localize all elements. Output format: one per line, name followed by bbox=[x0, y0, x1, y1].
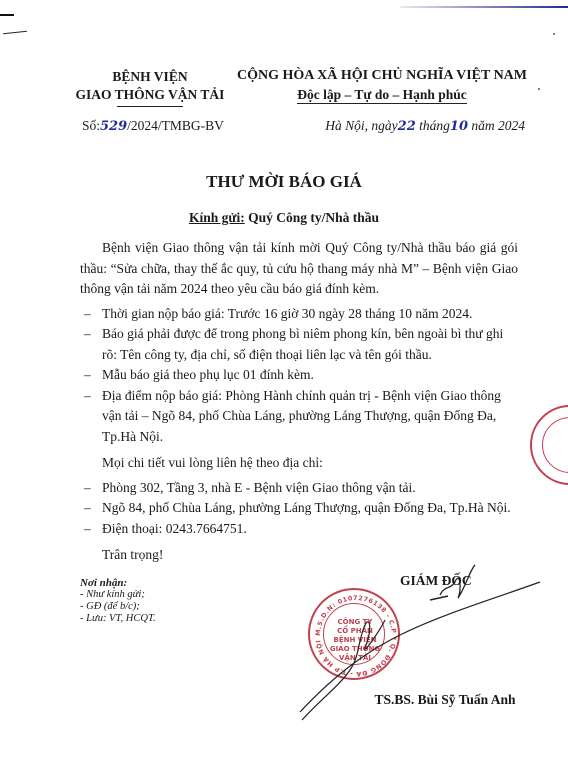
contact-intro: Mọi chi tiết vui lòng liên hệ theo địa c… bbox=[80, 453, 518, 474]
list-item: - Như kính gửi; bbox=[80, 589, 156, 601]
signature-icon bbox=[290, 560, 568, 750]
scan-dot bbox=[538, 88, 540, 90]
list-item: - GĐ (để b/c); bbox=[80, 601, 156, 613]
handwritten-month: 10 bbox=[450, 119, 468, 134]
list-item: - Lưu: VT, HCQT. bbox=[80, 613, 156, 625]
contacts-list: Phòng 302, Tầng 3, nhà E - Bệnh viện Gia… bbox=[80, 478, 518, 540]
list-item: Ngõ 84, phố Chùa Láng, phường Láng Thượn… bbox=[80, 498, 518, 519]
recipient-value: Quý Công ty/Nhà thầu bbox=[248, 210, 379, 225]
list-item: Điện thoại: 0243.7664751. bbox=[80, 519, 518, 540]
list-item: Thời gian nộp báo giá: Trước 16 giờ 30 n… bbox=[80, 304, 518, 325]
recipient-label: Kính gửi: bbox=[189, 210, 245, 225]
scan-edge-line bbox=[400, 6, 568, 8]
list-item: Địa điểm nộp báo giá: Phòng Hành chính q… bbox=[80, 386, 518, 448]
scan-mark bbox=[3, 31, 27, 35]
list-item: Mẫu báo giá theo phụ lục 01 đính kèm. bbox=[80, 365, 518, 386]
document-number: Số:529/2024/TMBG-BV bbox=[82, 118, 224, 134]
handwritten-number: 529 bbox=[100, 119, 127, 134]
recipients-block: Nơi nhận: - Như kính gửi; - GĐ (để b/c);… bbox=[80, 577, 156, 625]
document-title: THƯ MỜI BÁO GIÁ bbox=[0, 172, 568, 192]
page-edge-stamp bbox=[530, 405, 568, 485]
nation-name: CỘNG HÒA XÃ HỘI CHỦ NGHĨA VIỆT NAM bbox=[232, 66, 532, 85]
scan-mark bbox=[0, 14, 14, 16]
letter-body: Bệnh viện Giao thông vận tải kính mời Qu… bbox=[80, 238, 518, 566]
intro-paragraph: Bệnh viện Giao thông vận tải kính mời Qu… bbox=[80, 238, 518, 300]
list-item: Báo giá phải được để trong phong bì niêm… bbox=[80, 324, 518, 365]
handwritten-day: 22 bbox=[398, 119, 416, 134]
recipients-label: Nơi nhận: bbox=[80, 577, 156, 589]
org-underline bbox=[117, 106, 183, 107]
list-item: Phòng 302, Tầng 3, nhà E - Bệnh viện Gia… bbox=[80, 478, 518, 499]
stamp-inner-circle bbox=[542, 417, 568, 473]
signer-name: TS.BS. Bùi Sỹ Tuấn Anh bbox=[355, 692, 535, 708]
org-line-1: BỆNH VIỆN bbox=[60, 68, 240, 86]
recipient-line: Kính gửi: Quý Công ty/Nhà thầu bbox=[0, 210, 568, 226]
requirements-list: Thời gian nộp báo giá: Trước 16 giờ 30 n… bbox=[80, 304, 518, 448]
motto: Độc lập – Tự do – Hạnh phúc bbox=[232, 85, 532, 104]
issuing-organization: BỆNH VIỆN GIAO THÔNG VẬN TẢI bbox=[60, 68, 240, 107]
org-line-2: GIAO THÔNG VẬN TẢI bbox=[60, 86, 240, 104]
document-page: BỆNH VIỆN GIAO THÔNG VẬN TẢI CỘNG HÒA XÃ… bbox=[0, 0, 568, 758]
scan-dot bbox=[553, 33, 555, 35]
date-line: Hà Nội, ngày22 tháng10 năm 2024 bbox=[290, 118, 525, 134]
national-header: CỘNG HÒA XÃ HỘI CHỦ NGHĨA VIỆT NAM Độc l… bbox=[232, 66, 532, 104]
